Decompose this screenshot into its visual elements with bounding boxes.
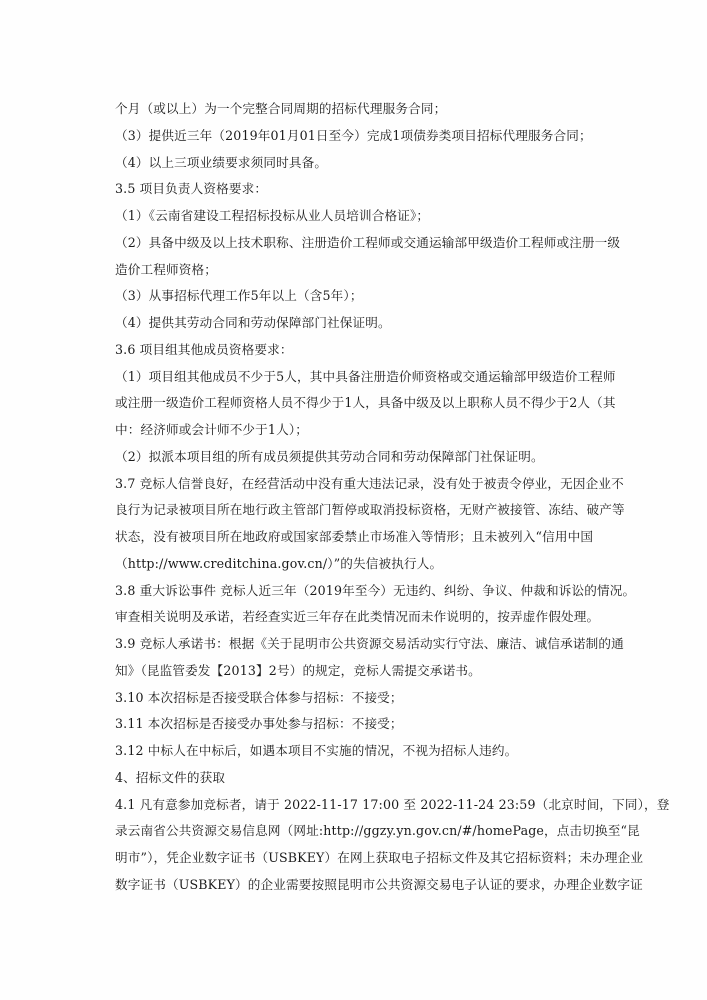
text-line: 3.10 本次招标是否接受联合体参与招标：不接受；: [115, 685, 593, 712]
text-line: 3.8 重大诉讼事件 竞标人近三年（2019年至今）无违约、纠纷、争议、仲裁和诉…: [115, 578, 593, 605]
text-line: 3.12 中标人在中标后，如遇本项目不实施的情况，不视为招标人违约。: [115, 738, 593, 765]
text-line: 良行为记录被项目所在地行政主管部门暂停或取消投标资格，无财产被接管、冻结、破产等: [115, 497, 593, 524]
text-line: （4）提供其劳动合同和劳动保障部门社保证明。: [115, 310, 593, 337]
section-heading: 3.5 项目负责人资格要求：: [115, 176, 593, 203]
document-page: 个月（或以上）为一个完整合同周期的招标代理服务合同； （3）提供近三年（2019…: [0, 0, 707, 1000]
text-line: （1）《云南省建设工程招标投标从业人员培训合格证》；: [115, 203, 593, 230]
text-line: 个月（或以上）为一个完整合同周期的招标代理服务合同；: [115, 96, 593, 123]
text-line: （4）以上三项业绩要求须同时具备。: [115, 150, 593, 177]
text-line: （3）提供近三年（2019年01月01日至今）完成1项债券类项目招标代理服务合同…: [115, 123, 593, 150]
section-heading: 4、招标文件的获取: [115, 765, 593, 792]
text-line: 3.7 竞标人信誉良好，在经营活动中没有重大违法记录，没有处于被责令停业，无因企…: [115, 471, 593, 498]
document-body: 个月（或以上）为一个完整合同周期的招标代理服务合同； （3）提供近三年（2019…: [115, 96, 593, 899]
text-line: 或注册一级造价工程师资格人员不得少于1人，具备中级及以上职称人员不得少于2人（其: [115, 390, 593, 417]
text-line: 3.9 竞标人承诺书：根据《关于昆明市公共资源交易活动实行守法、廉洁、诚信承诺制…: [115, 631, 593, 658]
text-line: 数字证书（USBKEY）的企业需要按照昆明市公共资源交易电子认证的要求，办理企业…: [115, 872, 593, 899]
text-line: 知》（昆监管委发【2013】2号）的规定，竞标人需提交承诺书。: [115, 658, 593, 685]
text-line: 中：经济师或会计师不少于1人）；: [115, 417, 593, 444]
text-line: （http://www.creditchina.gov.cn/）”的失信被执行人…: [115, 551, 593, 578]
text-line: 造价工程师资格；: [115, 257, 593, 284]
text-line: 3.11 本次招标是否接受办事处参与招标：不接受；: [115, 711, 593, 738]
text-line: 录云南省公共资源交易信息网（网址:http://ggzy.yn.gov.cn/#…: [115, 818, 593, 845]
text-line: 状态，没有被项目所在地政府或国家部委禁止市场准入等情形；且未被列入“信用中国: [115, 524, 593, 551]
text-line: （1）项目组其他成员不少于5人，其中具备注册造价师资格或交通运输部甲级造价工程师: [115, 364, 593, 391]
text-line: （3）从事招标代理工作5年以上（含5年）；: [115, 283, 593, 310]
text-line: 4.1 凡有意参加竞标者，请于 2022-11-17 17:00 至 2022-…: [115, 792, 593, 819]
text-line: 明市”），凭企业数字证书（USBKEY）在网上获取电子招标文件及其它招标资料；未…: [115, 845, 593, 872]
text-line: 审查相关说明及承诺，若经查实近三年存在此类情况而未作说明的，按弄虚作假处理。: [115, 604, 593, 631]
text-line: （2）具备中级及以上技术职称、注册造价工程师或交通运输部甲级造价工程师或注册一级: [115, 230, 593, 257]
section-heading: 3.6 项目组其他成员资格要求：: [115, 337, 593, 364]
text-line: （2）拟派本项目组的所有成员须提供其劳动合同和劳动保障部门社保证明。: [115, 444, 593, 471]
